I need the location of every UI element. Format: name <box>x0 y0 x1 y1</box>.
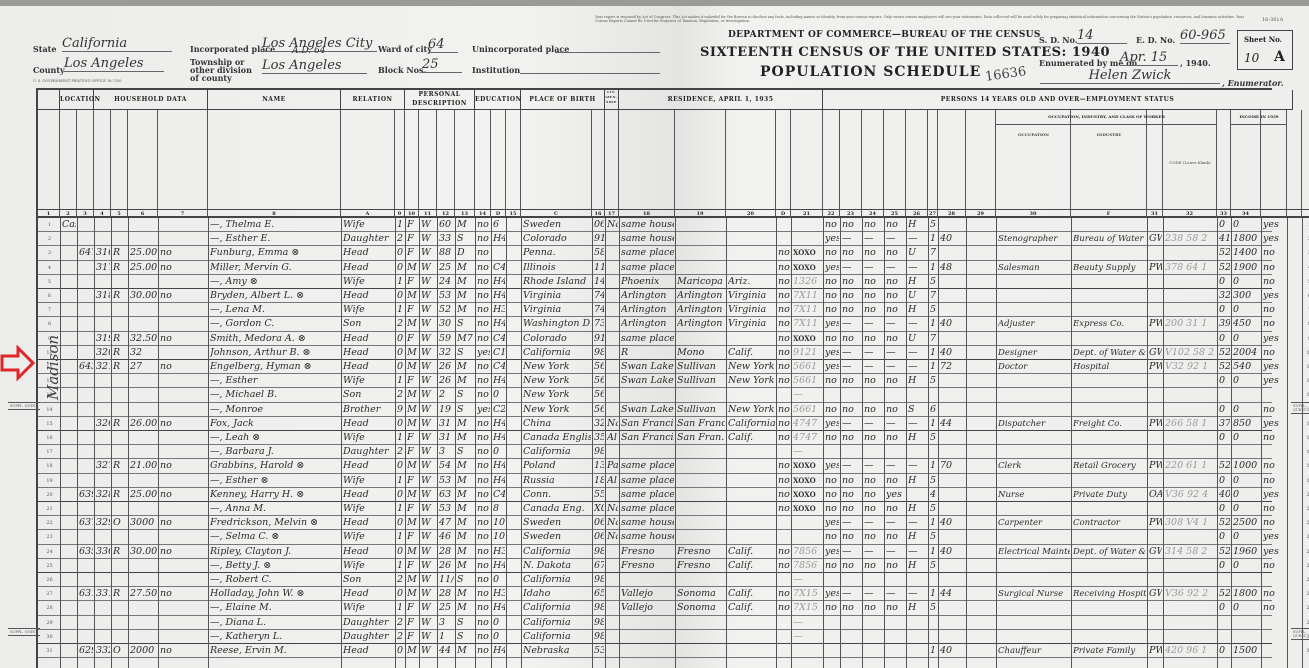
grid-line <box>1231 218 1232 668</box>
cell-cls <box>1149 630 1162 644</box>
cell-sex: F <box>407 502 418 516</box>
column-number: 11 <box>419 209 437 218</box>
cell-bpc: 98 <box>594 630 604 644</box>
sheet-number-box: Sheet No. 10 A <box>1237 30 1293 70</box>
cell-value <box>130 431 157 445</box>
cell-oth: no <box>1263 403 1286 417</box>
cell-name: Fredrickson, Melvin ⊗ <box>210 516 340 530</box>
cell-wk <box>1219 630 1230 644</box>
line-number: 4 <box>40 261 59 275</box>
cell-res-state: Ariz. <box>728 275 775 289</box>
cell-own: R <box>113 360 127 374</box>
cell-farm35 <box>778 644 790 658</box>
occupation-code <box>1165 530 1216 544</box>
cell-hh <box>96 616 110 630</box>
cell-value: 27.50 <box>130 587 157 601</box>
cell-c22: — <box>842 317 861 331</box>
occupation-code: V36 92 2 <box>1165 587 1216 601</box>
cell-value: 2000 <box>130 644 157 658</box>
cell-house: 639 <box>79 488 93 502</box>
cell-occ <box>998 218 1070 232</box>
cell-bp: California <box>523 573 591 587</box>
cell-c23: — <box>864 346 883 360</box>
cell-c23: — <box>864 516 883 530</box>
cell-race: W <box>421 559 436 573</box>
cell-street <box>62 644 76 658</box>
cell-age: 28 <box>439 587 454 601</box>
cell-wk: 52 <box>1219 587 1230 601</box>
cell-house <box>79 388 93 402</box>
line-number: 31 <box>1304 644 1309 658</box>
cell-res-county <box>677 616 725 630</box>
cell-bpc: 32 <box>594 417 604 431</box>
cell-farm35 <box>778 445 790 459</box>
cell-wk: 52 <box>1219 261 1230 275</box>
cell-ms: S <box>457 573 474 587</box>
cell-rel: Head <box>343 516 394 530</box>
cell-hours: 40 <box>940 644 965 658</box>
stamp-number: 16636 <box>984 64 1027 85</box>
cell-c25: — <box>908 459 927 473</box>
table-row: 8—, Gordon C.Son2MW30SnoH4Washington D.C… <box>38 317 1272 331</box>
cell-own <box>113 403 127 417</box>
cell-cit <box>607 488 618 502</box>
cell-farm <box>160 218 207 232</box>
cell-res-county: Mono <box>677 346 725 360</box>
cell-cit <box>607 559 618 573</box>
cell-bpc: 13 <box>594 459 604 473</box>
cell-rel: Head <box>343 545 394 559</box>
ward-label: Ward of city <box>378 44 432 54</box>
cell-c24: no <box>886 289 905 303</box>
cell-occ <box>998 601 1070 615</box>
block-label: Block Nos. <box>378 65 426 75</box>
cell-res-county <box>677 261 725 275</box>
cell-bp: Washington D.C. <box>523 317 591 331</box>
cell-c24: no <box>886 502 905 516</box>
column-number: 18 <box>619 209 675 218</box>
population-table: LOCATION HOUSEHOLD DATA NAME RELATION PE… <box>36 88 1272 668</box>
grid-line <box>1217 218 1218 668</box>
cell-cit <box>607 388 618 402</box>
cell-code: 0 <box>397 332 404 346</box>
cell-farm35: no <box>778 275 790 289</box>
cell-street <box>62 374 76 388</box>
cell-res-city: same place <box>621 488 674 502</box>
cell-rel: Head <box>343 417 394 431</box>
cell-ms: M7 <box>457 332 474 346</box>
cell-farm35: no <box>778 587 790 601</box>
cell-c24: no <box>886 559 905 573</box>
county-label: County <box>33 65 65 75</box>
cell-ind: Retail Grocery <box>1073 459 1146 473</box>
line-number: 2 <box>40 232 59 246</box>
cell-school: no <box>477 218 490 232</box>
cell-cls <box>1149 502 1162 516</box>
cell-rel: Head <box>343 360 394 374</box>
occupation-code: 220 61 1 <box>1165 459 1216 473</box>
cell-res-state <box>728 332 775 346</box>
cell-name: —, Monroe <box>210 403 340 417</box>
cell-ms: S <box>457 232 474 246</box>
column-number: 2 <box>60 209 77 218</box>
cell-c22 <box>842 388 861 402</box>
line-number: 5 <box>1304 275 1309 289</box>
cell-c24: no <box>886 374 905 388</box>
cell-race: W <box>421 601 436 615</box>
cell-res-county <box>677 445 725 459</box>
cell-occ: Surgical Nurse <box>998 587 1070 601</box>
cell-farm35: no <box>778 545 790 559</box>
cell-cls: PW <box>1149 516 1162 530</box>
cell-age: 25 <box>439 601 454 615</box>
cell-rel: Wife <box>343 601 394 615</box>
cell-res-state <box>728 445 775 459</box>
cell-farm35: no <box>778 502 790 516</box>
cell-c22: — <box>842 459 861 473</box>
cell-c24 <box>886 388 905 402</box>
cell-res-city <box>621 630 674 644</box>
cell-cit <box>607 630 618 644</box>
cell-oth: no <box>1263 275 1286 289</box>
grid-line <box>455 218 456 668</box>
state-value: California <box>62 36 172 52</box>
cell-hours <box>940 559 965 573</box>
cell-hh <box>96 431 110 445</box>
cell-c26: 7 <box>930 289 937 303</box>
cell-wk: 0 <box>1219 559 1230 573</box>
cell-res-city: same house <box>621 516 674 530</box>
form-code: 16-361A <box>1262 17 1283 23</box>
cell-bpc: 98 <box>594 573 604 587</box>
residence-code: XOXO <box>793 246 822 260</box>
cell-occ <box>998 559 1070 573</box>
cell-c24 <box>886 445 905 459</box>
occupation-code: 238 58 2 <box>1165 232 1216 246</box>
cell-bpc: 11 <box>594 261 604 275</box>
residence-code: 7X15 <box>793 601 822 615</box>
cell-school: no <box>477 587 490 601</box>
cell-c24: no <box>886 530 905 544</box>
cell-name: Fox, Jack <box>210 417 340 431</box>
line-number: 2 <box>1304 232 1309 246</box>
cell-oth: no <box>1263 601 1286 615</box>
column-number: D <box>776 209 791 218</box>
cell-farm <box>160 630 207 644</box>
cell-c23: no <box>864 530 883 544</box>
column-number: 22 <box>823 209 840 218</box>
cell-name: Miller, Mervin G. <box>210 261 340 275</box>
cell-c23 <box>864 630 883 644</box>
blank-cell <box>1289 545 1301 559</box>
cell-sex: F <box>407 431 418 445</box>
cell-sex: M <box>407 644 418 658</box>
cell-hh: 317 <box>96 261 110 275</box>
cell-res-county <box>677 573 725 587</box>
cell-c25: H <box>908 601 927 615</box>
legal-notice: Your report is required by Act of Congre… <box>595 15 1255 23</box>
sd-label: S. D. No. <box>1039 35 1078 45</box>
residence-code: — <box>793 573 822 587</box>
cell-race: W <box>421 374 436 388</box>
residence-code <box>793 530 822 544</box>
cell-cit <box>607 232 618 246</box>
cell-c21: no <box>825 303 839 317</box>
cell-ms: S <box>457 388 474 402</box>
code-sub: CODE (Leave blank) <box>1163 160 1217 165</box>
cell-name: —, Lena M. <box>210 303 340 317</box>
line-number: 13 <box>1304 388 1309 402</box>
line-number: 20 <box>1304 488 1309 502</box>
cell-sex: F <box>407 332 418 346</box>
blank-cell <box>1289 488 1301 502</box>
cell-rel: Son <box>343 388 394 402</box>
cell-farm35: no <box>778 289 790 303</box>
grid-line <box>341 218 342 668</box>
cell-res-city: Swan Lake <box>621 360 674 374</box>
cell-c23: no <box>864 431 883 445</box>
line-number: 29 <box>40 616 59 630</box>
cell-bp: New York <box>523 403 591 417</box>
cell-farm35: no <box>778 332 790 346</box>
residence-code: — <box>793 616 822 630</box>
cell-grade: H4 <box>493 431 505 445</box>
cell-c21: no <box>825 530 839 544</box>
line-number: 24 <box>1304 545 1309 559</box>
cell-inc: 1900 <box>1233 261 1260 275</box>
cell-sex: M <box>407 459 418 473</box>
cell-c26: 5 <box>930 431 937 445</box>
cell-c21 <box>825 445 839 459</box>
table-row: 9319R32.50noSmith, Medora A. ⊗Head0FW59M… <box>38 332 1272 346</box>
cell-street <box>62 474 76 488</box>
cell-rel: Wife <box>343 218 394 232</box>
cell-wk: 52 <box>1219 246 1230 260</box>
cell-inc: 1800 <box>1233 587 1260 601</box>
cell-hours: 44 <box>940 417 965 431</box>
cell-sex: F <box>407 616 418 630</box>
occupation-code <box>1165 559 1216 573</box>
blank-cell <box>1289 587 1301 601</box>
residence-code <box>793 516 822 530</box>
cell-weeks <box>968 601 995 615</box>
cell-hours: 72 <box>940 360 965 374</box>
cell-ind <box>1073 502 1146 516</box>
cell-own <box>113 445 127 459</box>
cell-res-state <box>728 516 775 530</box>
cell-inc: 1500 <box>1233 644 1260 658</box>
cell-farm <box>160 403 207 417</box>
cell-c24: no <box>886 601 905 615</box>
cell-c22: no <box>842 559 861 573</box>
cell-age: 2 <box>439 388 454 402</box>
cell-farm35 <box>778 232 790 246</box>
cell-hh <box>96 317 110 331</box>
cell-oth: no <box>1263 459 1286 473</box>
residence-code: 7X11 <box>793 317 822 331</box>
cell-cit: Na <box>607 502 618 516</box>
cell-c25 <box>908 573 927 587</box>
residence-code: XOXO <box>793 459 822 473</box>
cell-age: 47 <box>439 516 454 530</box>
print-office: U. S. GOVERNMENT PRINTING OFFICE 16-7330 <box>33 79 122 83</box>
cell-c22: no <box>842 403 861 417</box>
line-number: 17 <box>40 445 59 459</box>
cell-c26: 7 <box>930 246 937 260</box>
cell-house: 647 <box>79 246 93 260</box>
cell-grade: H4 <box>493 232 505 246</box>
cell-name: —, Esther ⊗ <box>210 474 340 488</box>
cell-c23 <box>864 644 883 658</box>
cell-c25 <box>908 445 927 459</box>
cell-cit <box>607 545 618 559</box>
grid-line <box>592 218 593 668</box>
cell-c22 <box>842 573 861 587</box>
cell-bpc: 56 <box>594 388 604 402</box>
column-number: 1 <box>38 209 60 218</box>
cell-cls: PW <box>1149 417 1162 431</box>
cell-bpc: 06 <box>594 218 604 232</box>
arrow-pointer-icon <box>0 345 36 381</box>
column-number: 6 <box>128 209 158 218</box>
cell-c25: H <box>908 502 927 516</box>
cell-street <box>62 559 76 573</box>
cell-res-county <box>677 332 725 346</box>
cell-grade: H3 <box>493 303 505 317</box>
cell-farm35: no <box>778 317 790 331</box>
line-number: 7 <box>1304 303 1309 317</box>
occupation-code <box>1165 616 1216 630</box>
column-number: 23 <box>840 209 862 218</box>
cell-res-county: Sullivan <box>677 360 725 374</box>
cell-c25: H <box>908 303 927 317</box>
cell-house <box>79 232 93 246</box>
blank-cell <box>508 232 520 246</box>
cell-rel: Brother <box>343 403 394 417</box>
cell-code: 0 <box>397 644 404 658</box>
cell-school: no <box>477 246 490 260</box>
cell-c21: no <box>825 275 839 289</box>
cell-farm35: no <box>778 261 790 275</box>
colhdr-marital <box>455 110 475 209</box>
cell-name: —, Betty J. ⊗ <box>210 559 340 573</box>
cell-cls: PW <box>1149 261 1162 275</box>
cell-farm35: no <box>778 601 790 615</box>
cell-grade: H4 <box>493 374 505 388</box>
cell-rel: Wife <box>343 502 394 516</box>
cell-cit <box>607 445 618 459</box>
cell-c23: — <box>864 232 883 246</box>
table-row: 31629332O2000noReese, Ervin M.Head0MW44M… <box>38 644 1272 658</box>
cell-hh <box>96 630 110 644</box>
cell-inc <box>1233 388 1260 402</box>
column-number: 12 <box>437 209 455 218</box>
cell-hh: 319 <box>96 332 110 346</box>
cell-school: no <box>477 459 490 473</box>
cell-farm35: no <box>778 459 790 473</box>
residence-code: 7X11 <box>793 303 822 317</box>
cell-hh: 316 <box>96 246 110 260</box>
cell-sex: M <box>407 261 418 275</box>
colhdr-31 <box>1217 110 1231 209</box>
cell-res-city: same place <box>621 474 674 488</box>
township-value: Los Angeles <box>262 58 367 74</box>
cell-c26: 1 <box>930 261 937 275</box>
cell-age: 19 <box>439 403 454 417</box>
cell-c24: — <box>886 346 905 360</box>
township-label: Township or other division of county <box>190 58 260 82</box>
blank-cell <box>508 644 520 658</box>
blank-cell <box>508 601 520 615</box>
cell-c26: 5 <box>930 559 937 573</box>
cell-rel: Head <box>343 488 394 502</box>
cell-own: R <box>113 459 127 473</box>
cell-cls <box>1149 559 1162 573</box>
line-number: 20 <box>40 488 59 502</box>
cell-bp: Colorado <box>523 232 591 246</box>
cell-race: W <box>421 417 436 431</box>
cell-res-city: Swan Lake <box>621 403 674 417</box>
cell-age: 32 <box>439 346 454 360</box>
cell-street <box>62 502 76 516</box>
cell-own: R <box>113 545 127 559</box>
cell-oth: yes <box>1263 218 1286 232</box>
cell-hours <box>940 431 965 445</box>
residence-code: 7856 <box>793 559 822 573</box>
grid-line <box>419 218 420 668</box>
cell-rel: Wife <box>343 275 394 289</box>
cell-ms: M <box>457 502 474 516</box>
cell-bpc: 91 <box>594 232 604 246</box>
cell-farm35: no <box>778 431 790 445</box>
column-number: 31 <box>1147 209 1163 218</box>
cell-occ <box>998 474 1070 488</box>
column-number: 30 <box>996 209 1071 218</box>
cell-res-city: same place <box>621 502 674 516</box>
cell-c22: — <box>842 545 861 559</box>
cell-school: no <box>477 360 490 374</box>
cell-occ <box>998 374 1070 388</box>
cell-c21: no <box>825 559 839 573</box>
cell-ind: Dept. of Water & Power <box>1073 545 1146 559</box>
cell-house: 635 <box>79 545 93 559</box>
cell-street <box>62 516 76 530</box>
grid-line <box>675 218 676 668</box>
cell-own <box>113 601 127 615</box>
cell-grade: H4 <box>493 459 505 473</box>
occupation-code: 200 31 1 <box>1165 317 1216 331</box>
cell-hh <box>96 530 110 544</box>
cell-ms: M <box>457 587 474 601</box>
blank-cell <box>1289 303 1301 317</box>
cell-code: 0 <box>397 587 404 601</box>
grid-line <box>938 218 939 668</box>
cell-name: Holladay, John W. ⊗ <box>210 587 340 601</box>
line-number: 21 <box>1304 502 1309 516</box>
cell-value <box>130 559 157 573</box>
residence-code: — <box>793 388 822 402</box>
residence-code: 4747 <box>793 417 822 431</box>
cell-cls <box>1149 218 1162 232</box>
cell-cls <box>1149 303 1162 317</box>
cell-rel: Son <box>343 573 394 587</box>
grid-line <box>1071 218 1072 668</box>
cell-res-city: Arlington <box>621 303 674 317</box>
blank-cell <box>508 545 520 559</box>
blank-cell <box>508 445 520 459</box>
colhdr-res-county <box>675 110 726 209</box>
cell-wk: 0 <box>1219 431 1230 445</box>
